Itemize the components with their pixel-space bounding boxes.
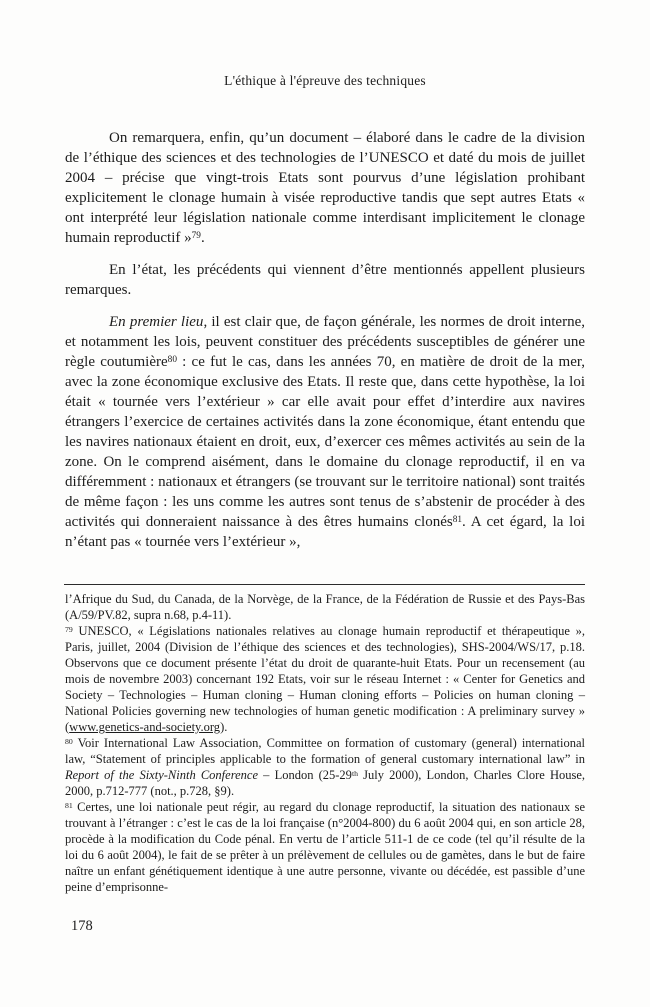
footnote-ref-81: 81 xyxy=(453,515,462,525)
text-segment: Voir International Law Association, Comm… xyxy=(65,736,585,766)
footnote-ref-80: 80 xyxy=(168,355,177,365)
footnote-marker-80: 80 xyxy=(65,737,73,746)
footnote-marker-79: 79 xyxy=(65,625,73,634)
url-genetics-and-society: www.genetics-and-society.org xyxy=(69,720,220,734)
text-segment: UNESCO, « Législations nationales relati… xyxy=(65,624,585,734)
footnote-81: 81 Certes, une loi nationale peut régir,… xyxy=(65,799,585,895)
footnote-continuation: l’Afrique du Sud, du Canada, de la Norvè… xyxy=(65,591,585,623)
document-page: L'éthique à l'épreuve des techniques On … xyxy=(0,0,650,1007)
text-segment: En premier lieu xyxy=(109,314,203,330)
text-segment: En l’état, les précédents qui viennent d… xyxy=(65,262,585,298)
body-paragraph-3: En premier lieu, il est clair que, de fa… xyxy=(65,312,585,552)
footnotes-block: l’Afrique du Sud, du Canada, de la Norvè… xyxy=(65,591,585,895)
text-segment: ). xyxy=(220,720,227,734)
text-segment: : ce fut le cas, dans les années 70, en … xyxy=(65,354,585,530)
footnote-79: 79 UNESCO, « Législations nationales rel… xyxy=(65,623,585,735)
footnote-marker-81: 81 xyxy=(65,801,73,810)
text-segment: l’Afrique du Sud, du Canada, de la Norvè… xyxy=(65,592,585,622)
footnote-separator-rule xyxy=(64,584,585,585)
body-paragraph-2: En l’état, les précédents qui viennent d… xyxy=(65,260,585,300)
text-segment: – London (25-29 xyxy=(258,768,352,782)
page-number: 178 xyxy=(71,918,93,935)
running-header: L'éthique à l'épreuve des techniques xyxy=(0,73,650,89)
footnote-ref-79: 79 xyxy=(192,231,201,241)
body-paragraph-1: On remarquera, enfin, qu’un document – é… xyxy=(65,128,585,248)
footnote-80: 80 Voir International Law Association, C… xyxy=(65,735,585,799)
ordinal-suffix: th xyxy=(352,769,358,778)
text-segment: . xyxy=(201,230,205,246)
text-segment: Certes, une loi nationale peut régir, au… xyxy=(65,800,585,894)
book-title: Report of the Sixty-Ninth Conference xyxy=(65,768,258,782)
text-segment: On remarquera, enfin, qu’un document – é… xyxy=(65,130,585,246)
body-text: On remarquera, enfin, qu’un document – é… xyxy=(65,128,585,564)
